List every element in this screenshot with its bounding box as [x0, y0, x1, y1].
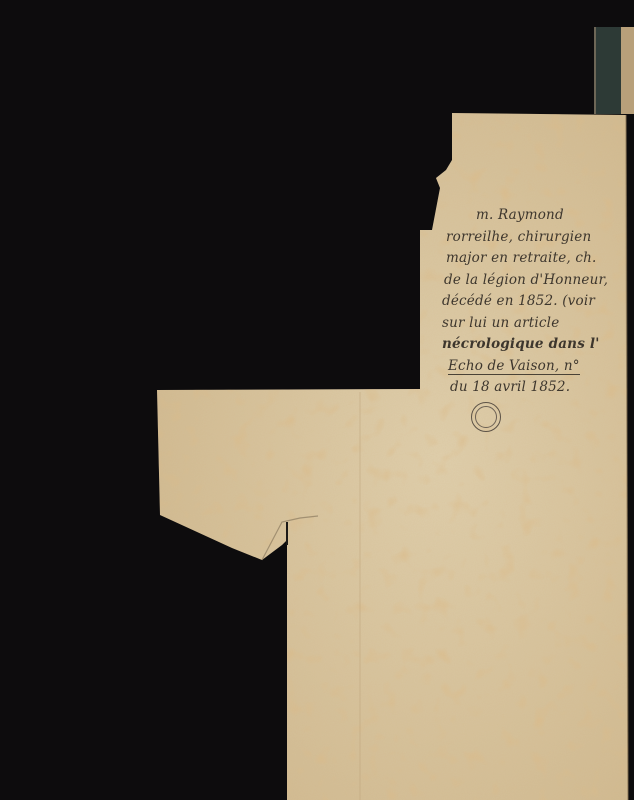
- note-line: m. Raymond: [452, 205, 632, 227]
- note-line: du 18 avril 1852.: [450, 377, 632, 399]
- library-stamp-icon: [471, 402, 501, 432]
- note-line: nécrologique dans l': [442, 334, 632, 356]
- stamp-inner-ring: [475, 406, 497, 428]
- note-line: major en retraite, ch.: [446, 248, 632, 270]
- note-line: sur lui un article: [442, 313, 632, 335]
- note-line: décédé en 1852. (voir: [442, 291, 632, 313]
- handwritten-note: m. Raymond rorreilhe, chirurgien major e…: [452, 205, 632, 399]
- note-line-underlined: Echo de Vaison, n°: [448, 356, 632, 378]
- paper-sheet: [0, 0, 634, 800]
- note-line: rorreilhe, chirurgien: [446, 227, 632, 249]
- note-line: de la légion d'Honneur,: [444, 270, 632, 292]
- newspaper-title: Echo de Vaison, n°: [448, 358, 580, 375]
